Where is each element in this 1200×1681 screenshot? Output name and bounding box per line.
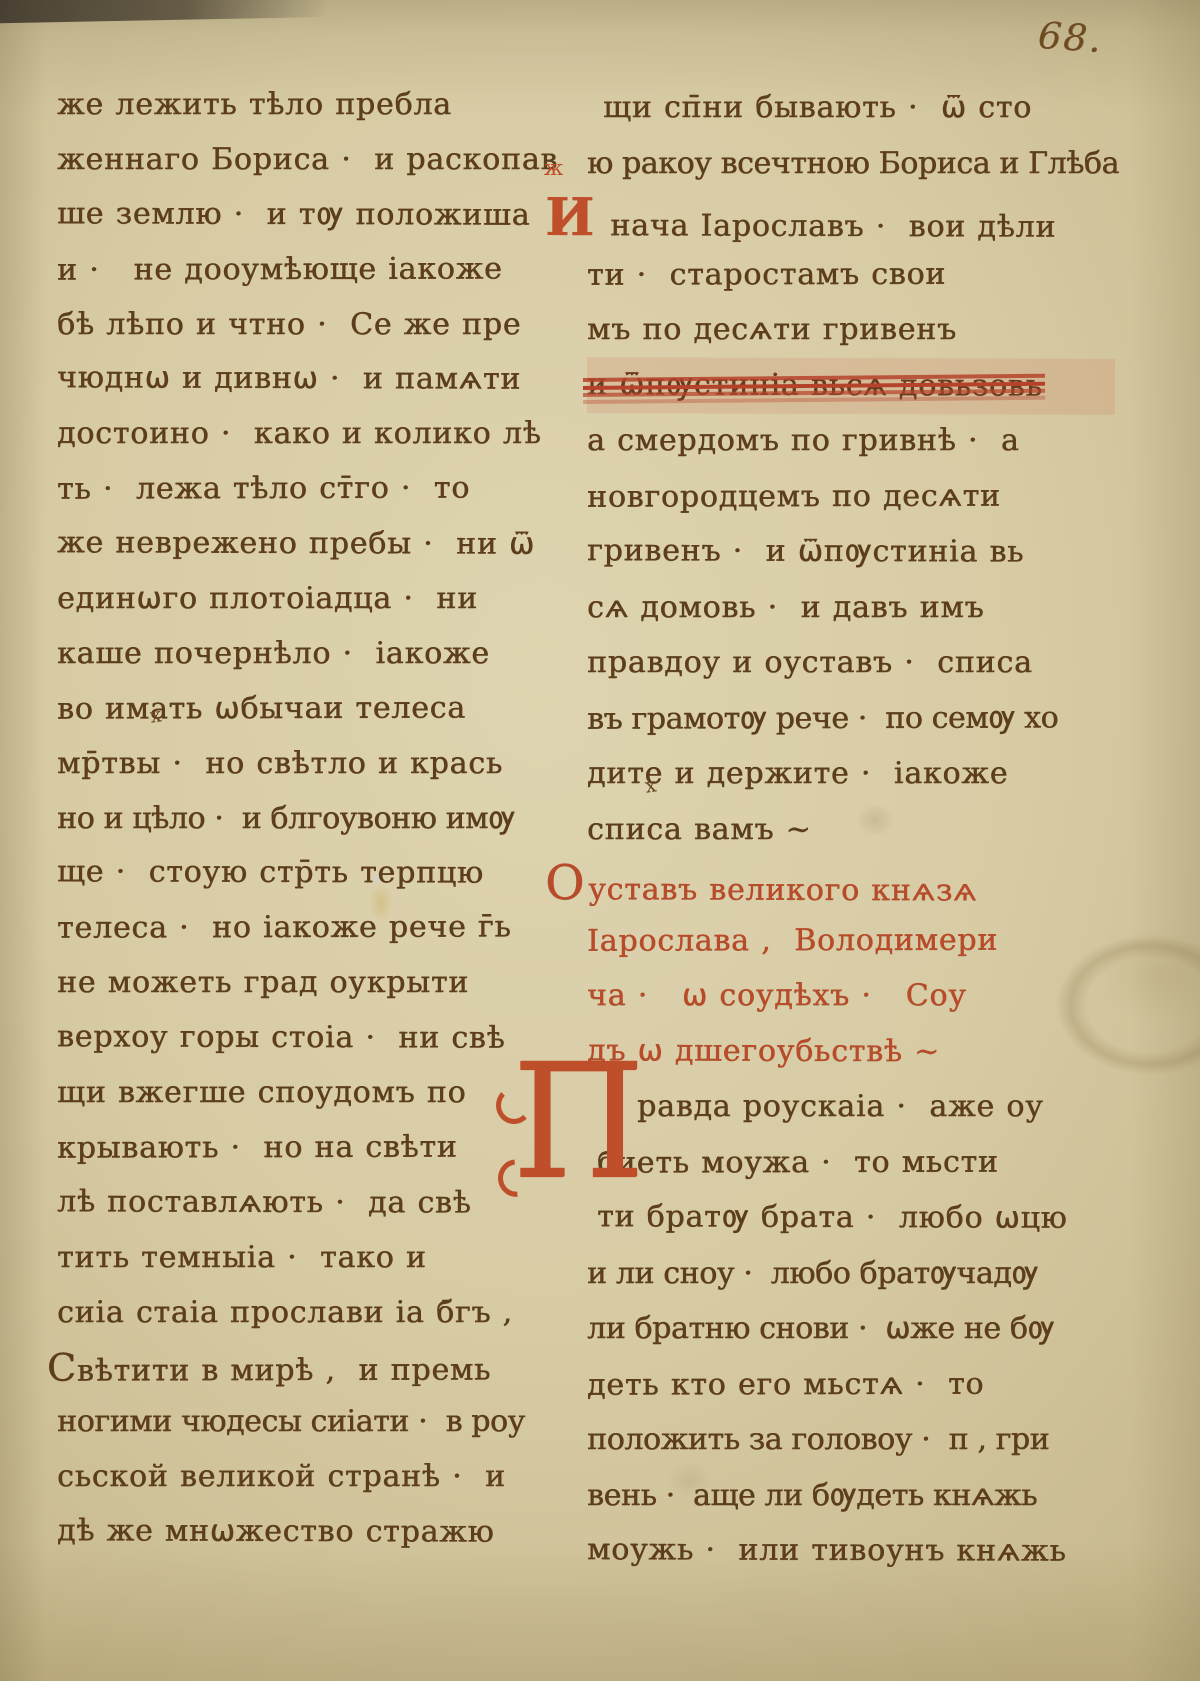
manuscript-line: и ѿпѹстиніа вьсѧ довьзовь [587,357,1115,414]
manuscript-line: чюднѡ и дивнѡ · и памѧти [57,352,539,408]
manuscript-line: щи сп̄ни бывають · ѿ сто [587,80,1115,136]
manuscript-line: единѡго плотоіадца · ни [57,572,539,627]
manuscript-line: ча · ѡ соудѣхъ · Соу [587,968,1115,1024]
manuscript-line: въ грамотѹ рече · по семѹ хо [587,690,1115,747]
manuscript-line: биеть моужа · то мьсти [587,1134,1115,1191]
manuscript-line: гривенъ · и ѿпѹстиніа вь [587,523,1115,580]
manuscript-line: ше землю · и тѹ положиша [57,187,539,243]
manuscript-line: сиіа стаіа прослави іа б̄гъ , [57,1286,539,1341]
pravda-ornamental-initial: П [512,1047,645,1197]
manuscript-line: положить за головоу · п , гри [587,1412,1115,1468]
manuscript-line: вень · аще ли бѹдеть кнѧжь [587,1468,1115,1524]
manuscript-line: списа вамъ ~ [587,802,1115,858]
right-text-column: щи сп̄ни бывають · ѿ стою ракоу всечтною… [587,80,1115,1579]
manuscript-line: же лежить тѣло пребла [57,78,539,133]
manuscript-line: во имать ѡбычаи телеса [57,681,539,737]
page-edge-shadow [0,0,342,23]
manuscript-line: Свѣтити в мирѣ , и премь [57,1340,539,1396]
manuscript-line: правдоу и оуставъ · списа [587,635,1115,691]
manuscript-line: а смердомъ по гривнѣ · а [587,413,1115,469]
manuscript-line: сѧ домовь · и давъ имъ [587,580,1115,636]
manuscript-line: достоино · како и колико лѣ [57,407,539,462]
manuscript-line: женнаго Бориса · и раскопав [57,133,539,188]
manuscript-line: но и цѣло · и блгоувоню имѹ [57,792,539,847]
manuscript-line: Іарослава , Володимери [587,912,1115,969]
manuscript-line: верхоу горы стоіа · ни свѣ [57,1010,539,1066]
manuscript-line: моужь · или тивоунъ кнѧжь [587,1522,1115,1579]
manuscript-line: ти братѹ брата · любо ѡцю [587,1189,1115,1246]
manuscript-line: щи вжегше споудомъ по [57,1066,539,1121]
manuscript-line: дъ ѡ дшегоубьствѣ ~ [587,1023,1115,1080]
manuscript-line: ть · лежа тѣло ст̄го · то [57,462,539,518]
manuscript-line: каше почернѣло · іакоже [57,627,539,682]
manuscript-line: не можеть град оукрыти [57,956,539,1011]
manuscript-line: и ли сноу · любо братѹчадѹ [587,1246,1115,1302]
red-margin-mark: ж [544,156,563,180]
manuscript-line: лѣ поставлѧють · да свѣ [57,1175,539,1231]
manuscript-line: ще · стоую стр̄ть терпцю [57,846,539,902]
manuscript-line: телеса · но іакоже рече г̄ь [57,901,539,957]
manuscript-line: ногими чюдесы сиіати · в роу [57,1395,539,1450]
manuscript-line: новгородцемъ по десѧти [587,468,1115,525]
manuscript-line: сьской великой странѣ · и [57,1450,539,1505]
manuscript-line: мр̄твы · но свѣтло и крась [57,737,539,792]
manuscript-line: равда роускаіа · аже оу [587,1079,1115,1135]
manuscript-line: мъ по десѧти гривенъ [587,302,1115,358]
manuscript-line: деть кто его мьстѧ · то [587,1356,1115,1413]
manuscript-line: Оуставъ великого кнѧзѧ [587,856,1115,913]
folio-number: 68. [1037,14,1105,61]
left-text-column: же лежить тѣло преблаженнаго Бориса · и … [57,78,539,1560]
manuscript-line: же неврежено пребы · ни ѿ [57,516,539,572]
manuscript-line: ли братню снови · ѡже не бѹ [587,1301,1115,1357]
manuscript-line: бѣ лѣпо и чтно · Се же пре [57,298,539,353]
manuscript-page: 68. же лежить тѣло преблаженнаго Бориса … [0,0,1200,1681]
manuscript-line: ти · старостамъ свои [587,246,1115,303]
manuscript-line: дите и держите · іакоже [587,746,1115,802]
manuscript-line: ю ракоу всечтною Бориса и Глѣба [587,136,1115,192]
manuscript-line: тить темныіа · тако и [57,1231,539,1286]
manuscript-line: дѣ же мнѡжество стражю [57,1504,539,1560]
manuscript-line: И нача Іарославъ · вои дѣли [587,190,1115,247]
manuscript-line: крывають · но на свѣти [57,1120,539,1176]
manuscript-line: и · не дооумѣюще іакоже [57,242,539,298]
